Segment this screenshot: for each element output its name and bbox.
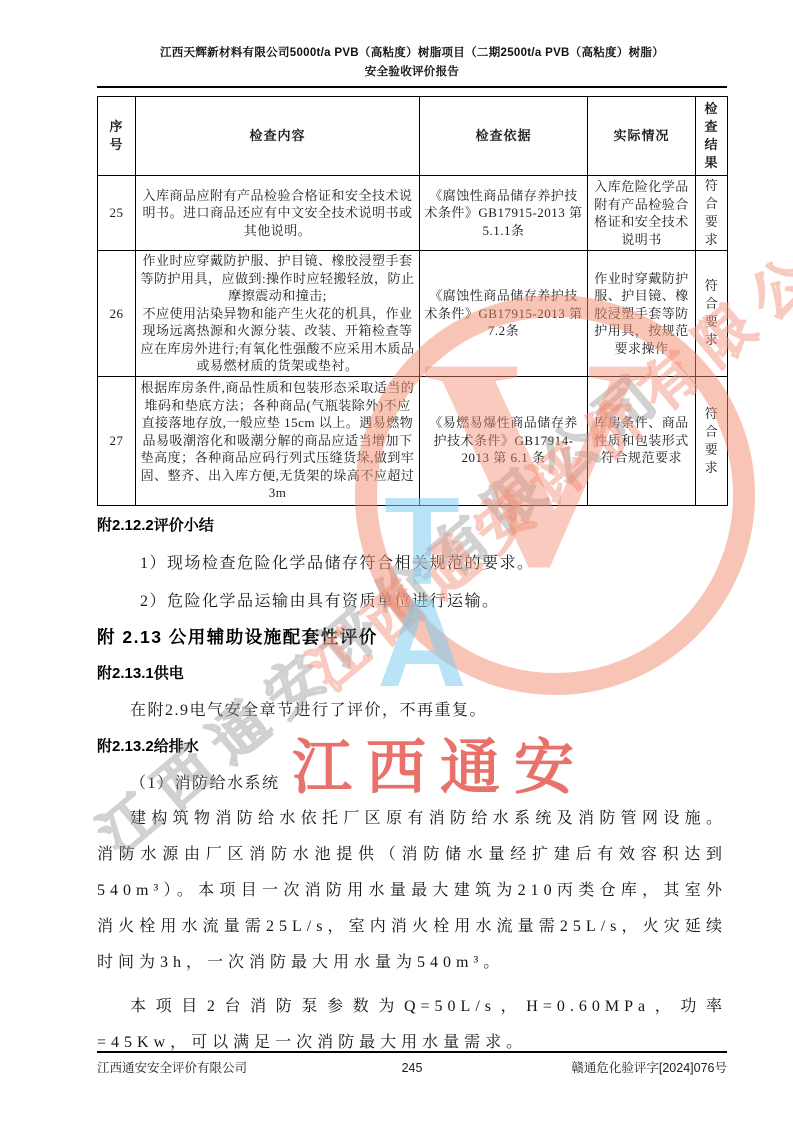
col-header-basis: 检查依据: [420, 97, 588, 176]
footer-company: 江西通安安全评价有限公司: [97, 1058, 307, 1076]
fire-water-subtitle: （1）消防给水系统: [97, 770, 727, 793]
power-supply-paragraph: 在附2.9电气安全章节进行了评价，不再重复。: [97, 697, 727, 720]
cell-result: 符合要求: [696, 376, 728, 505]
col-header-actual: 实际情况: [588, 97, 696, 176]
page-content: 江西天辉新材料有限公司5000t/a PVB（高粘度）树脂项目（二期2500t/…: [97, 44, 727, 1061]
cell-result-text: 符合要求: [704, 405, 720, 477]
cell-actual: 库房条件、商品性质和包装形式符合规范要求: [588, 376, 696, 505]
header-rule: [97, 86, 727, 88]
cell-content: 根据库房条件,商品性质和包装形态采取适当的堆码和垫底方法；各种商品(气瓶装除外)…: [136, 376, 420, 505]
cell-basis: 《易燃易爆性商品储存养护技术条件》GB17914-2013 第 6.1 条: [420, 376, 588, 505]
table-header-row: 序号 检查内容 检查依据 实际情况 检查结果: [98, 97, 728, 176]
section-title-2-12-2: 附2.12.2评价小结: [97, 514, 727, 535]
header-line-1: 江西天辉新材料有限公司5000t/a PVB（高粘度）树脂项目（二期2500t/…: [97, 44, 727, 63]
cell-actual: 入库危险化学品附有产品检验合格证和安全技术说明书: [588, 176, 696, 251]
section-title-2-13-2: 附2.13.2给排水: [97, 735, 727, 756]
cell-actual: 作业时穿戴防护服、护目镜、橡胶浸塑手套等防护用具，按规范要求操作: [588, 251, 696, 377]
table-row: 25 入库商品应附有产品检验合格证和安全技术说明书。进口商品还应有中文安全技术说…: [98, 176, 728, 251]
section-title-2-13: 附 2.13 公用辅助设施配套性评价: [97, 624, 727, 649]
cell-content: 入库商品应附有产品检验合格证和安全技术说明书。进口商品还应有中文安全技术说明书或…: [136, 176, 420, 251]
cell-result: 符合要求: [696, 176, 728, 251]
page-header: 江西天辉新材料有限公司5000t/a PVB（高粘度）树脂项目（二期2500t/…: [97, 44, 727, 82]
fire-water-paragraph-1: 建构筑物消防给水依托厂区原有消防给水系统及消防管网设施。消防水源由厂区消防水池提…: [97, 801, 727, 981]
cell-result: 符合要求: [696, 251, 728, 377]
page-footer: 江西通安安全评价有限公司 245 赣通危化验评字[2024]076号: [97, 1051, 727, 1076]
cell-no: 26: [98, 251, 136, 377]
inspection-table: 序号 检查内容 检查依据 实际情况 检查结果 25 入库商品应附有产品检验合格证…: [97, 96, 728, 506]
footer-doc-number: 赣通危化验评字[2024]076号: [517, 1058, 727, 1076]
table-row: 27 根据库房条件,商品性质和包装形态采取适当的堆码和垫底方法；各种商品(气瓶装…: [98, 376, 728, 505]
col-header-no-text: 序号: [109, 118, 125, 154]
cell-result-text: 符合要求: [704, 177, 720, 249]
cell-no: 25: [98, 176, 136, 251]
col-header-content: 检查内容: [136, 97, 420, 176]
summary-item-2: 2）危险化学品运输由具有资质单位进行运输。: [140, 588, 727, 611]
summary-item-1: 1）现场检查危险化学品储存符合相关规范的要求。: [140, 550, 727, 573]
col-header-result: 检查结果: [696, 97, 728, 176]
table-row: 26 作业时应穿戴防护服、护目镜、橡胶浸塑手套等防护用具，应做到:操作时应轻搬轻…: [98, 251, 728, 377]
report-page: 江西天辉新材料有限公司5000t/a PVB（高粘度）树脂项目（二期2500t/…: [0, 0, 793, 1122]
section-title-2-13-1: 附2.13.1供电: [97, 662, 727, 683]
cell-content: 作业时应穿戴防护服、护目镜、橡胶浸塑手套等防护用具，应做到:操作时应轻搬轻放，防…: [136, 251, 420, 377]
cell-basis: 《腐蚀性商品储存养护技术条件》GB17915-2013 第5.1.1条: [420, 176, 588, 251]
cell-basis: 《腐蚀性商品储存养护技术条件》GB17915-2013 第7.2条: [420, 251, 588, 377]
header-line-2: 安全验收评价报告: [97, 63, 727, 82]
fire-water-paragraph-2: 本项目2台消防泵参数为Q=50L/s，H=0.60MPa，功率=45Kw，可以满…: [97, 989, 727, 1061]
col-header-result-text: 检查结果: [704, 100, 720, 172]
col-header-no: 序号: [98, 97, 136, 176]
cell-no: 27: [98, 376, 136, 505]
footer-page-number: 245: [307, 1061, 517, 1075]
cell-result-text: 符合要求: [704, 277, 720, 349]
